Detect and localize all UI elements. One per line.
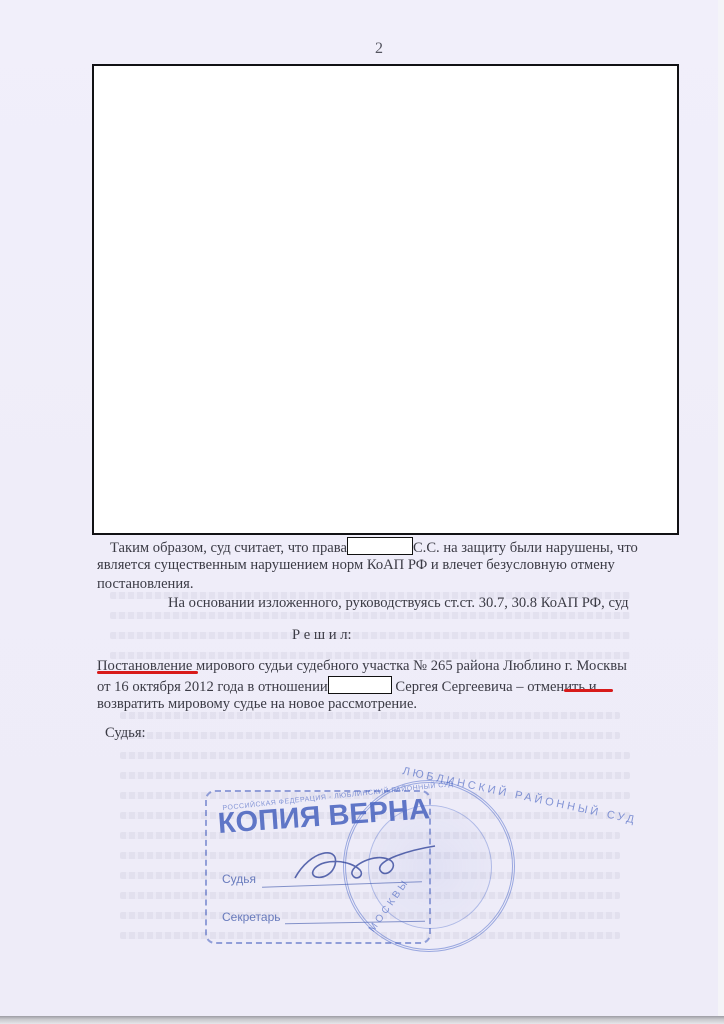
scan-right-edge [718,0,724,1016]
scan-bottom-edge [0,1016,724,1024]
judge-label: Судья: [105,724,146,742]
conclusion-line-1: Таким образом, суд считает, что праваС.С… [110,537,638,557]
stamp-secretary-label: Секретарь [222,910,281,924]
scanned-page: 2 Таким образом, суд считает, что праваС… [0,0,719,1016]
decision-line-3: возвратить мировому судье на новое рассм… [97,695,417,713]
redacted-surname [347,537,413,555]
underlined-word-otmenit: отменить [527,679,585,695]
stamp-judge-label: Судья [222,872,256,886]
conclusion-line-3: постановления. [97,575,194,593]
conclusion-line-2: является существенным нарушением норм Ко… [97,556,615,574]
signature-icon [290,840,440,890]
red-underline-2 [564,689,613,692]
legal-basis-line: На основании изложенного, руководствуясь… [168,594,629,612]
decision-line-2: от 16 октября 2012 года в отношении Серг… [97,676,597,696]
red-underline-1 [97,671,198,674]
redacted-block [92,64,679,535]
page-number: 2 [375,40,383,58]
decided-heading: Р е ш и л: [292,626,352,644]
redacted-surname [328,676,392,694]
